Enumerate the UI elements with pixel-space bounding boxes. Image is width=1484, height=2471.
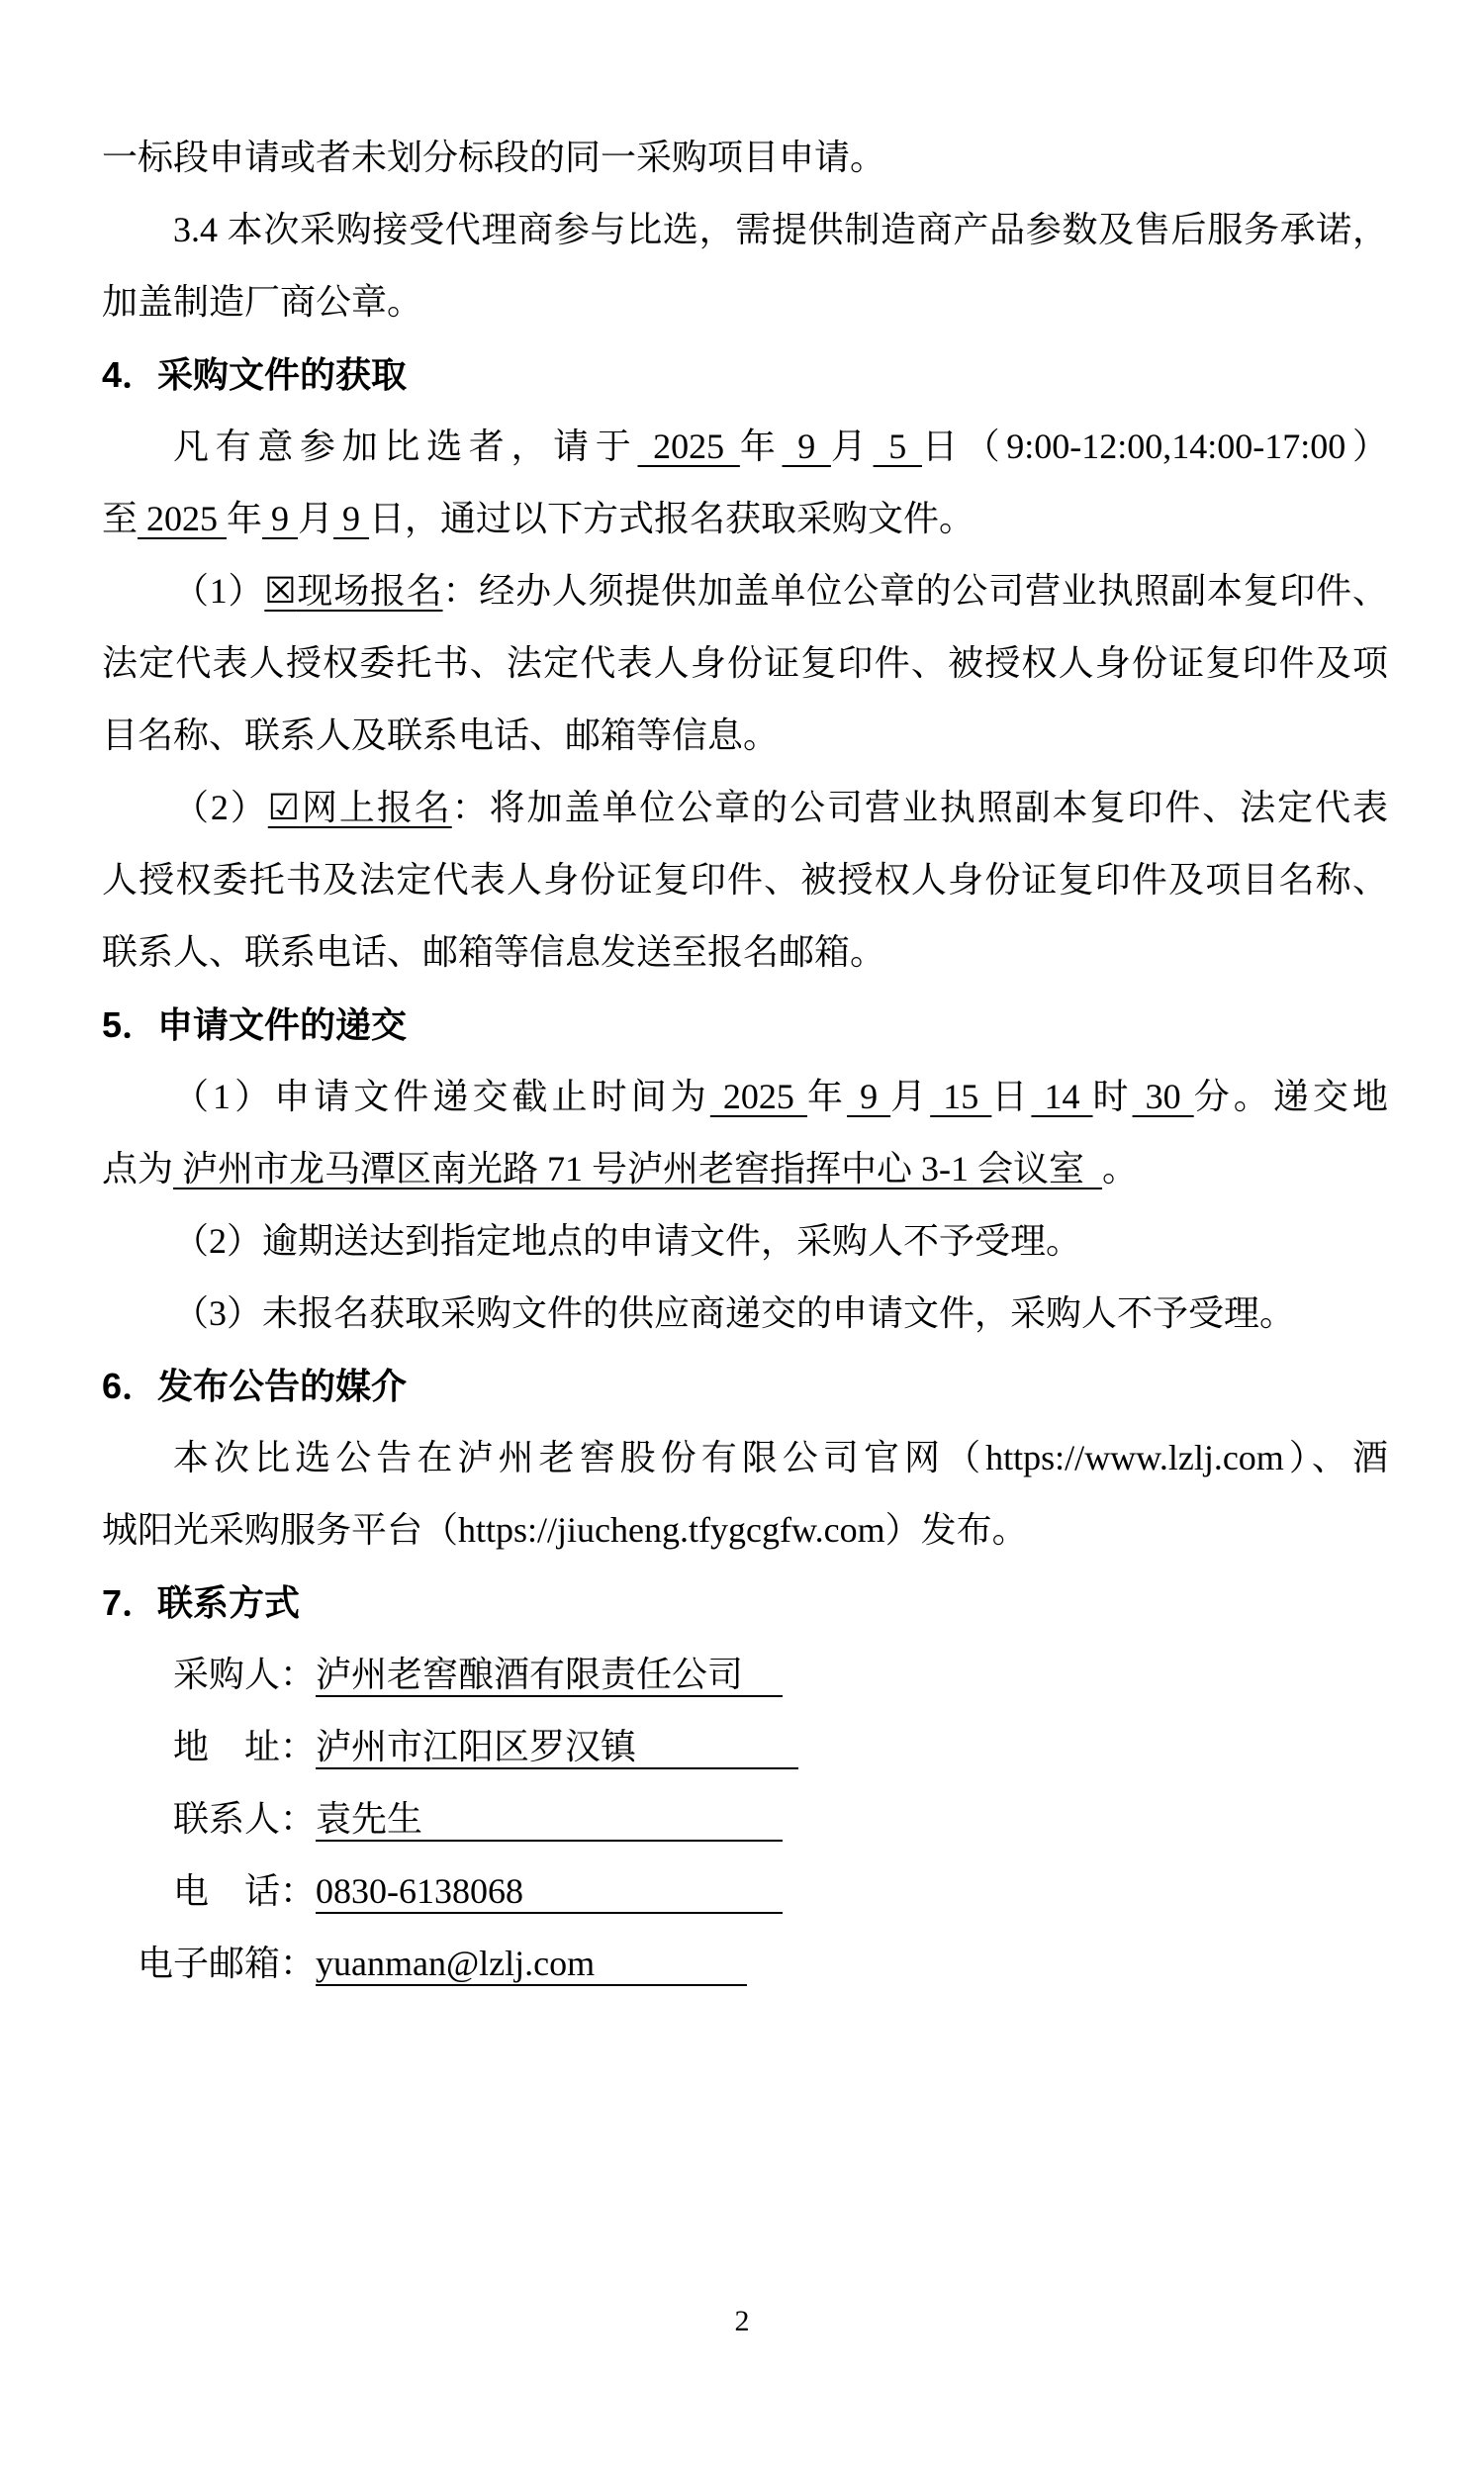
text-line: 点为 泸州市龙马潭区南光路 71 号泸州老窖指挥中心 3-1 会议室 。 (102, 1133, 1388, 1205)
text-segment: 年 (227, 499, 262, 538)
text-segment: ：经办人须提供加盖单位公章的公司营业执照副本复印件、 (443, 571, 1388, 611)
text-segment: 点为 (102, 1149, 173, 1188)
text-segment: 凡有意参加比选者，请于 (173, 427, 637, 466)
contact-line: 电 话：0830-6138068 (102, 1855, 1388, 1928)
text-segment: 年 (740, 427, 783, 466)
text-segment: 分。递交地 (1194, 1077, 1388, 1116)
contact-value: yuanman@lzlj.com (316, 1944, 747, 1986)
text-segment: 30 (1133, 1077, 1194, 1116)
text-line: （1）申请文件递交截止时间为 2025 年 9 月 15 日 14 时 30 分… (102, 1061, 1388, 1133)
text-segment: 9 (783, 427, 831, 466)
text-segment: （1）申请文件递交截止时间为 (173, 1077, 710, 1116)
text-segment: 9 (262, 499, 298, 538)
text-segment: 2025 (637, 427, 739, 466)
text-segment: （1） (173, 571, 264, 611)
contact-line: 采购人：泸州老窖酿酒有限责任公司 (102, 1639, 1388, 1711)
contact-value: 袁先生 (316, 1799, 783, 1842)
text-segment: 时 (1093, 1077, 1133, 1116)
contact-value: 泸州市江阳区罗汉镇 (316, 1727, 798, 1769)
text-segment: 加盖制造厂商公章。 (102, 282, 422, 322)
section-heading: 6．发布公告的媒介 (102, 1350, 1388, 1422)
document-body: 一标段申请或者未划分标段的同一采购项目申请。3.4 本次采购接受代理商参与比选，… (102, 122, 1388, 2000)
text-segment: 法定代表人授权委托书、法定代表人身份证复印件、被授权人身份证复印件及项 (102, 643, 1388, 683)
page: 一标段申请或者未划分标段的同一采购项目申请。3.4 本次采购接受代理商参与比选，… (0, 0, 1484, 2471)
text-segment: 日（9:00-12:00,14:00-17:00） (922, 427, 1388, 466)
text-segment: 月 (890, 1077, 930, 1116)
contact-label: 地 址： (173, 1727, 316, 1766)
text-segment: 至 (102, 499, 138, 538)
contact-label: 联系人： (173, 1799, 316, 1839)
text-segment: 。 (1102, 1149, 1138, 1188)
text-segment: 9 (333, 499, 369, 538)
section-heading: 5．申请文件的递交 (102, 989, 1388, 1061)
text-segment: 目名称、联系人及联系电话、邮箱等信息。 (102, 715, 779, 755)
text-line: 至 2025 年 9 月 9 日，通过以下方式报名获取采购文件。 (102, 483, 1388, 555)
text-line: 目名称、联系人及联系电话、邮箱等信息。 (102, 700, 1388, 772)
text-line: 联系人、联系电话、邮箱等信息发送至报名邮箱。 (102, 916, 1388, 989)
contact-label: 采购人： (173, 1655, 316, 1694)
text-line: 人授权委托书及法定代表人身份证复印件、被授权人身份证复印件及项目名称、 (102, 844, 1388, 916)
text-line: （1）☒现场报名：经办人须提供加盖单位公章的公司营业执照副本复印件、 (102, 555, 1388, 627)
text-line: 城阳光采购服务平台（https://jiucheng.tfygcgfw.com）… (102, 1494, 1388, 1567)
contact-value: 0830-6138068 (316, 1871, 783, 1914)
text-segment: 15 (930, 1077, 991, 1116)
text-segment: 2025 (710, 1077, 807, 1116)
section-heading: 7．联系方式 (102, 1567, 1388, 1639)
text-segment: 3.4 本次采购接受代理商参与比选，需提供制造商产品参数及售后服务承诺， (173, 210, 1388, 249)
page-number: 2 (0, 2302, 1484, 2341)
text-segment: 月 (298, 499, 333, 538)
text-segment: 4．采购文件的获取 (102, 354, 407, 395)
section-heading: 4．采购文件的获取 (102, 338, 1388, 411)
checkbox-x-icon: ☒ (264, 571, 296, 612)
text-segment: 网上报名 (300, 788, 452, 827)
text-segment: ：将加盖单位公章的公司营业执照副本复印件、法定代表 (452, 788, 1388, 827)
contact-line: 电子邮箱：yuanman@lzlj.com (102, 1928, 1388, 2000)
text-line: 本次比选公告在泸州老窖股份有限公司官网（https://www.lzlj.com… (102, 1422, 1388, 1494)
text-segment: 人授权委托书及法定代表人身份证复印件、被授权人身份证复印件及项目名称、 (102, 860, 1388, 900)
text-line: 加盖制造厂商公章。 (102, 266, 1388, 338)
text-segment: 5 (874, 427, 922, 466)
text-line: 凡有意参加比选者，请于 2025 年 9 月 5 日（9:00-12:00,14… (102, 411, 1388, 483)
text-line: （3）未报名获取采购文件的供应商递交的申请文件，采购人不予受理。 (102, 1278, 1388, 1350)
text-segment: 现场报名 (297, 571, 443, 611)
text-segment: （2） (173, 788, 268, 827)
text-segment: 5．申请文件的递交 (102, 1004, 407, 1045)
text-segment: 14 (1031, 1077, 1092, 1116)
text-segment: 日，通过以下方式报名获取采购文件。 (369, 499, 974, 538)
text-segment: 7．联系方式 (102, 1582, 300, 1623)
text-line: （2）逾期送达到指定地点的申请文件，采购人不予受理。 (102, 1205, 1388, 1278)
text-segment: 6．发布公告的媒介 (102, 1366, 407, 1406)
text-segment: 9 (847, 1077, 890, 1116)
text-line: 3.4 本次采购接受代理商参与比选，需提供制造商产品参数及售后服务承诺， (102, 194, 1388, 266)
text-line: 法定代表人授权委托书、法定代表人身份证复印件、被授权人身份证复印件及项 (102, 627, 1388, 700)
text-line: （2）☑网上报名：将加盖单位公章的公司营业执照副本复印件、法定代表 (102, 772, 1388, 844)
contact-label: 电子邮箱： (138, 1944, 316, 1983)
text-line: 一标段申请或者未划分标段的同一采购项目申请。 (102, 122, 1388, 194)
text-segment: 月 (831, 427, 874, 466)
text-segment: 年 (807, 1077, 847, 1116)
contact-value: 泸州老窖酿酒有限责任公司 (316, 1655, 783, 1697)
contact-label: 电 话： (173, 1871, 316, 1911)
text-segment: 本次比选公告在泸州老窖股份有限公司官网（https://www.lzlj.com… (173, 1438, 1388, 1477)
text-segment: 联系人、联系电话、邮箱等信息发送至报名邮箱。 (102, 932, 885, 972)
checkbox-checked-icon: ☑ (268, 788, 300, 828)
text-segment: （3）未报名获取采购文件的供应商递交的申请文件，采购人不予受理。 (173, 1293, 1295, 1333)
text-segment: 2025 (138, 499, 227, 538)
contact-line: 联系人：袁先生 (102, 1783, 1388, 1855)
text-segment: （2）逾期送达到指定地点的申请文件，采购人不予受理。 (173, 1221, 1081, 1261)
text-segment: 日 (991, 1077, 1031, 1116)
text-segment: 一标段申请或者未划分标段的同一采购项目申请。 (102, 138, 885, 177)
text-segment: 城阳光采购服务平台（https://jiucheng.tfygcgfw.com）… (102, 1510, 1028, 1550)
text-segment: 泸州市龙马潭区南光路 71 号泸州老窖指挥中心 3-1 会议室 (173, 1149, 1102, 1188)
contact-line: 地 址：泸州市江阳区罗汉镇 (102, 1711, 1388, 1783)
